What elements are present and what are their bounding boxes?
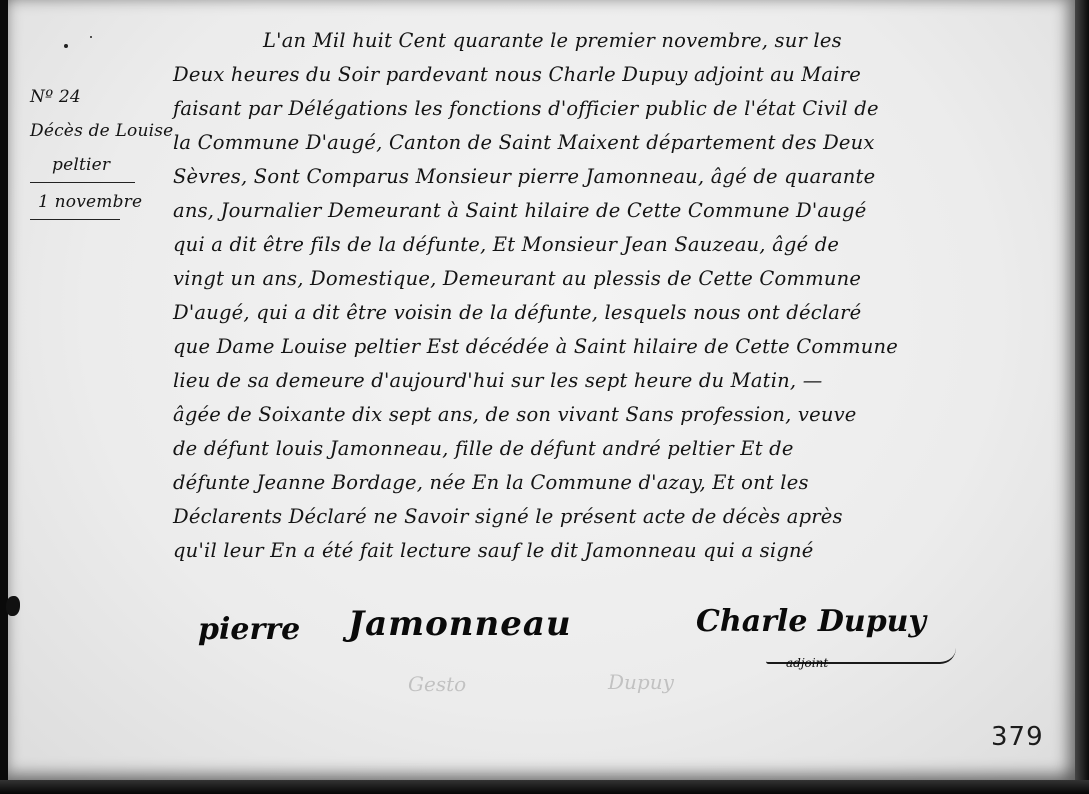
record-line: L'an Mil huit Cent quarante le premier n…	[173, 24, 1073, 58]
record-line: âgée de Soixante dix sept ans, de son vi…	[173, 398, 1073, 432]
ink-smudge	[6, 596, 20, 616]
record-body: L'an Mil huit Cent quarante le premier n…	[173, 24, 1073, 568]
record-line: ans, Journalier Demeurant à Saint hilair…	[173, 194, 1073, 228]
record-line: défunte Jeanne Bordage, née En la Commun…	[173, 466, 1073, 500]
folio-number: 379	[991, 722, 1044, 752]
ink-dot	[90, 36, 92, 38]
record-line: lieu de sa demeure d'aujourd'hui sur les…	[173, 364, 1073, 398]
record-line: vingt un ans, Domestique, Demeurant au p…	[173, 262, 1073, 296]
bleed-through-text: Gesto	[408, 672, 466, 696]
signature-pierre: pierre	[198, 612, 300, 647]
record-number: Nº 24	[30, 80, 170, 114]
record-line: faisant par Délégations les fonctions d'…	[173, 92, 1073, 126]
record-line: qui a dit être fils de la défunte, Et Mo…	[173, 228, 1073, 262]
signature-jamonneau: Jamonneau	[348, 604, 572, 644]
bleed-through-text: Dupuy	[608, 670, 674, 694]
margin-date: 1 novembre	[30, 185, 170, 219]
scan-bottom-border	[0, 780, 1089, 794]
register-page: Nº 24 Décès de Louise peltier 1 novembre…	[8, 0, 1076, 782]
record-line: que Dame Louise peltier Est décédée à Sa…	[173, 330, 1073, 364]
signature-officer-title: adjoint	[786, 656, 828, 670]
margin-rule	[30, 219, 120, 220]
record-line: D'augé, qui a dit être voisin de la défu…	[173, 296, 1073, 330]
record-line: Deux heures du Soir pardevant nous Charl…	[173, 58, 1073, 92]
record-line: qu'il leur En a été fait lecture sauf le…	[173, 534, 1073, 568]
ink-dot	[64, 44, 68, 48]
signature-officer: Charle Dupuy	[696, 604, 926, 639]
margin-deceased-firstname: Décès de Louise	[30, 114, 170, 148]
margin-deceased-surname: peltier	[30, 148, 170, 182]
scan-right-border	[1075, 0, 1089, 794]
margin-annotation: Nº 24 Décès de Louise peltier 1 novembre	[30, 80, 170, 222]
record-line: de défunt louis Jamonneau, fille de défu…	[173, 432, 1073, 466]
record-line: Déclarents Déclaré ne Savoir signé le pr…	[173, 500, 1073, 534]
margin-rule	[30, 182, 135, 183]
record-line: Sèvres, Sont Comparus Monsieur pierre Ja…	[173, 160, 1073, 194]
record-line: la Commune D'augé, Canton de Saint Maixe…	[173, 126, 1073, 160]
scan-left-border	[0, 0, 8, 794]
